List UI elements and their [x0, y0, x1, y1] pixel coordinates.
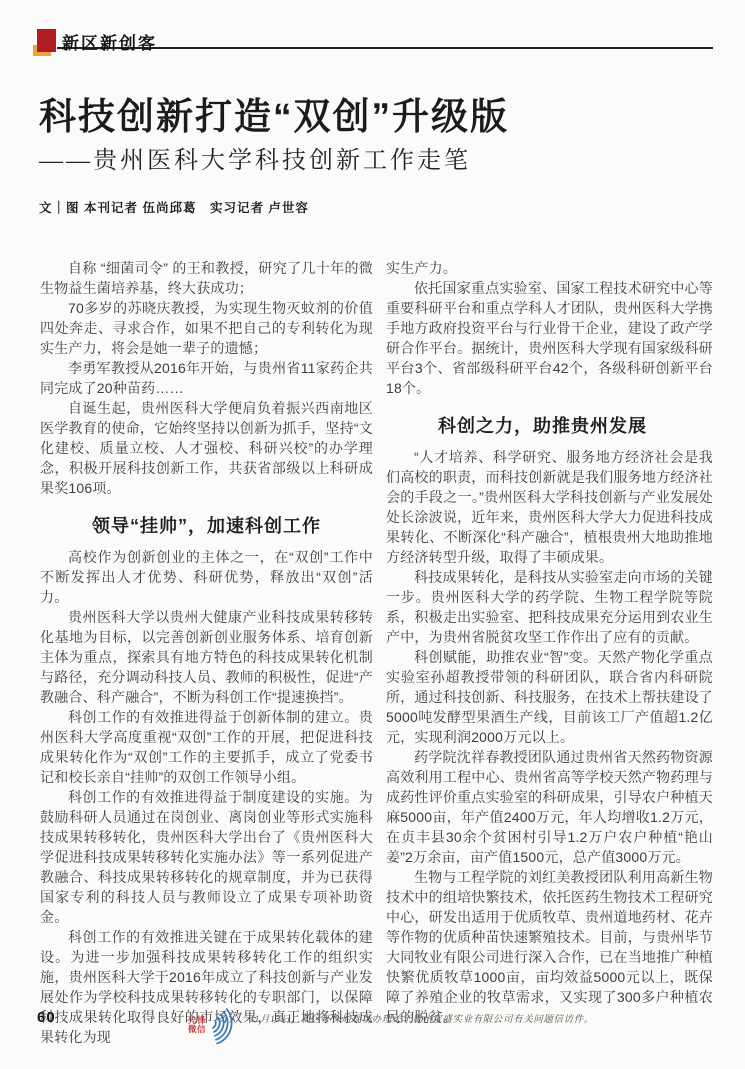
column-right: 实生产力。依托国家重点实验室、国家工程技术研究中心等重要科研平台和重点学科人才团…	[386, 258, 713, 1047]
body-paragraph: 70多岁的苏晓庆教授，为实现生物灭蚊剂的价值四处奔走、寻求合作，如果不把自己的专…	[40, 298, 373, 358]
body-paragraph: 药学院沈祥春教授团队通过贵州省天然药物资源高效利用工程中心、贵州省高等学校天然产…	[386, 747, 713, 867]
body-paragraph: 高校作为创新创业的主体之一，在“双创”工作中不断发挥出人才优势、科研优势，释放出…	[40, 547, 373, 607]
section-heading: 科创之力，助推贵州发展	[386, 412, 713, 438]
body-paragraph: 实生产力。	[386, 258, 713, 278]
body-paragraph: 科创工作的有效推进得益于创新体制的建立。贵州医科大学高度重视“双创”工作的开展，…	[40, 707, 373, 787]
signal-waves-icon	[207, 1006, 243, 1044]
article-title: 科技创新打造“双创”升级版	[39, 86, 509, 140]
page-number: 60	[37, 1009, 56, 1026]
red-accent-square-icon	[37, 29, 56, 52]
body-paragraph: 自诞生起，贵州医科大学便肩负着振兴西南地区医学教育的使命，它始终坚持以创新为抓手…	[40, 398, 373, 498]
column-left: 自称 “细菌司令” 的王和教授，研究了几十年的微生物益生菌培养基，终大获成功；7…	[40, 258, 373, 1047]
footer-note: 11月13日，新区环保局现场办理关于贵州宝盛实业有限公司有关问题信访件。	[250, 1011, 594, 1025]
logo-text-line2: 微信	[188, 1025, 206, 1035]
body-paragraph: 科创工作的有效推进得益于制度建设的实施。为鼓励科研人员通过在岗创业、离岗创业等形…	[40, 787, 373, 927]
body-paragraph: 科技成果转化，是科技从实验室走向市场的关键一步。贵州医科大学的药学院、生物工程学…	[386, 567, 713, 647]
logo-text: 先锋 微信	[188, 1016, 206, 1035]
body-paragraph: “人才培养、科学研究、服务地方经济社会是我们高校的职责，而科技创新就是我们服务地…	[386, 447, 713, 567]
pioneer-wechat-logo: 先锋 微信	[188, 1006, 243, 1044]
section-tag-label: 新区新创客	[62, 29, 157, 54]
magazine-page: 新区新创客 科技创新打造“双创”升级版 ——贵州医科大学科技创新工作走笔 文｜图…	[0, 0, 745, 1069]
article-byline: 文｜图 本刊记者 伍尚邱葛 实习记者 卢世容	[39, 198, 309, 216]
body-paragraph: 科创赋能，助推农业“智”变。天然产物化学重点实验室孙超教授带领的科研团队，联合省…	[386, 647, 713, 747]
article-columns: 自称 “细菌司令” 的王和教授，研究了几十年的微生物益生菌培养基，终大获成功；7…	[40, 258, 713, 1047]
body-paragraph: 自称 “细菌司令” 的王和教授，研究了几十年的微生物益生菌培养基，终大获成功；	[40, 258, 373, 298]
body-paragraph: 生物与工程学院的刘红美教授团队利用高新生物技术中的组培快繁技术，依托医药生物技术…	[386, 867, 713, 1027]
article-subtitle: ——贵州医科大学科技创新工作走笔	[39, 140, 471, 175]
body-paragraph: 李勇军教授从2016年开始，与贵州省11家药企共同完成了20种苗药……	[40, 358, 373, 398]
body-paragraph: 依托国家重点实验室、国家工程技术研究中心等重要科研平台和重点学科人才团队，贵州医…	[386, 278, 713, 398]
section-heading: 领导“挂帅”，加速科创工作	[40, 512, 373, 538]
body-paragraph: 贵州医科大学以贵州大健康产业科技成果转移转化基地为目标，以完善创新创业服务体系、…	[40, 607, 373, 707]
